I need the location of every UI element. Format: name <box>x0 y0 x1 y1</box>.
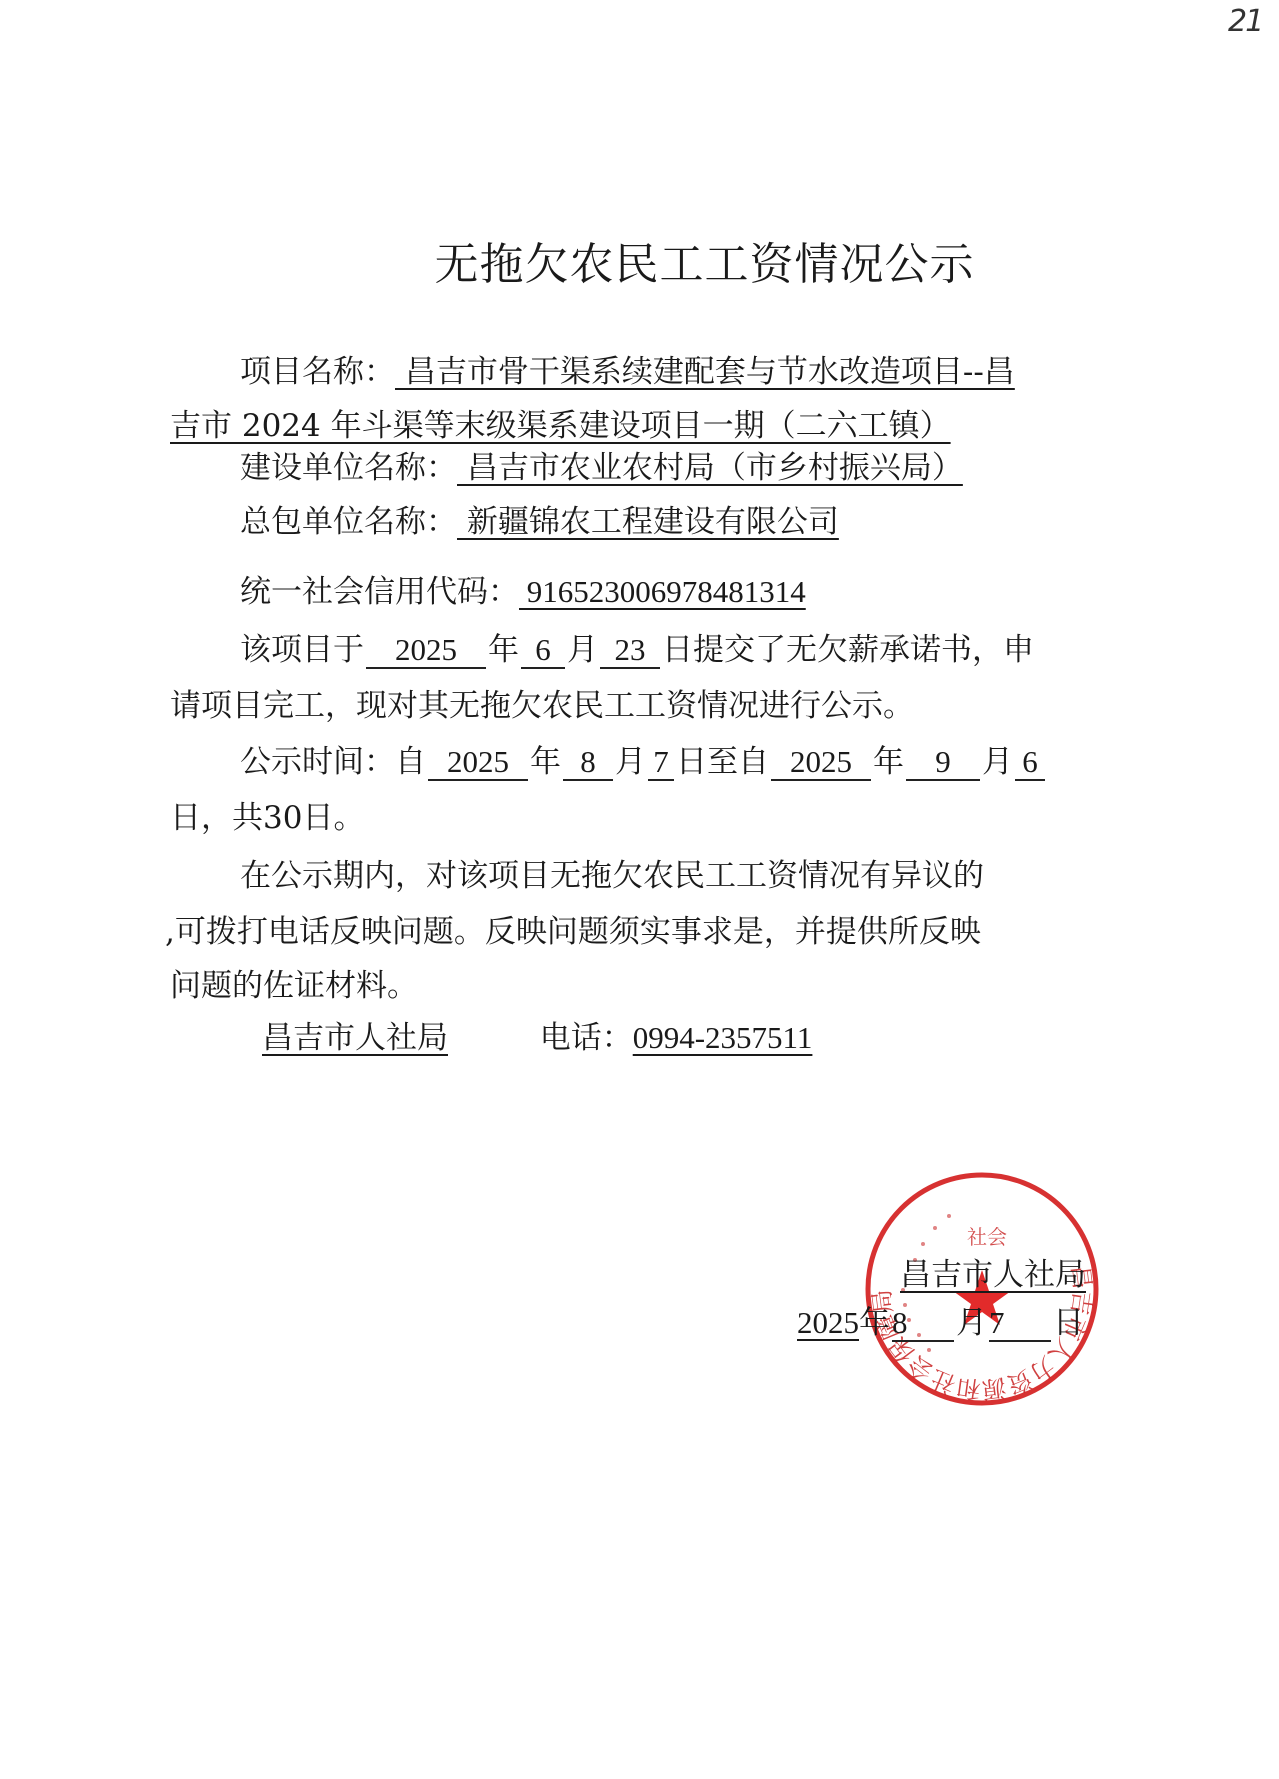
publicity-end-day: 6 <box>1015 745 1045 781</box>
credit-code-label: 统一社会信用代码： <box>240 574 519 610</box>
general-contractor-label: 总包单位名称： <box>240 504 457 540</box>
seal-inner-text: 社会 <box>967 1225 1007 1249</box>
project-name-value-line2: 吉市 2024 年斗渠等末级渠系建设项目一期（二六工镇） <box>170 408 951 444</box>
credit-code-value: 916523006978481314 <box>519 574 806 609</box>
page-number: 21 <box>1228 4 1262 39</box>
signature-year: 2025 <box>797 1305 859 1340</box>
publicity-start-month: 8 <box>563 745 613 781</box>
contact-agency: 昌吉市人社局 <box>262 1020 448 1056</box>
objection-notice-line1: 在公示期内，对该项目无拖欠农民工工资情况有异议的 <box>240 856 984 896</box>
construction-unit-row: 建设单位名称： 昌吉市农业农村局（市乡村振兴局） <box>240 448 963 488</box>
project-name-value-line1: 昌吉市骨干渠系续建配套与节水改造项目--昌 <box>395 354 1015 390</box>
signature-date-row: 2025年8月7日 <box>797 1303 1084 1343</box>
submission-year-unit: 年 <box>488 632 519 668</box>
submission-year: 2025 <box>366 633 486 669</box>
submission-line2: 请项目完工，现对其无拖欠农民工工资情况进行公示。 <box>170 688 914 724</box>
project-name-row: 项目名称： 昌吉市骨干渠系续建配套与节水改造项目--昌 <box>240 352 1015 392</box>
publicity-line2: 日，共30日。 <box>170 800 364 836</box>
signature-year-unit: 年 <box>859 1305 890 1341</box>
submission-month: 6 <box>521 633 565 669</box>
publicity-start-day: 7 <box>648 745 674 781</box>
submission-prefix: 该项目于 <box>240 632 364 668</box>
construction-unit-value: 昌吉市农业农村局（市乡村振兴局） <box>457 450 963 486</box>
submission-row: 该项目于2025年6月23日提交了无欠薪承诺书，申 <box>240 630 1034 670</box>
publicity-end-year-unit: 年 <box>873 744 904 780</box>
publicity-start-month-unit: 月 <box>615 744 646 780</box>
submission-month-unit: 月 <box>567 632 598 668</box>
signature-agency: 昌吉市人社局 <box>900 1257 1086 1293</box>
general-contractor-value: 新疆锦农工程建设有限公司 <box>457 504 839 540</box>
publicity-start-year-unit: 年 <box>530 744 561 780</box>
publicity-period-row-continued: 日，共30日。 <box>170 798 364 838</box>
submission-day: 23 <box>600 633 660 669</box>
credit-code-row: 统一社会信用代码： 916523006978481314 <box>240 572 806 612</box>
contact-row: 昌吉市人社局 电话：0994-2357511 <box>262 1018 812 1058</box>
submission-suffix: 日提交了无欠薪承诺书，申 <box>662 632 1034 668</box>
objection-notice-line2: ,可拨打电话反映问题。反映问题须实事求是，并提供所反映 <box>165 912 981 952</box>
signature-day: 7 <box>989 1306 1051 1342</box>
document-title: 无拖欠农民工工资情况公示 <box>0 228 1279 292</box>
signature-agency-row: 昌吉市人社局 <box>900 1255 1086 1295</box>
signature-month: 8 <box>892 1306 954 1342</box>
objection-notice-line3: 问题的佐证材料。 <box>170 966 418 1006</box>
contact-phone-label: 电话： <box>540 1020 633 1056</box>
publicity-label: 公示时间：自 <box>240 744 426 780</box>
publicity-middle: 日至自 <box>676 744 769 780</box>
signature-month-unit: 月 <box>956 1305 987 1341</box>
publicity-period-row: 公示时间：自2025年8月7日至自2025年9月6 <box>240 742 1047 782</box>
publicity-start-year: 2025 <box>428 745 528 781</box>
signature-day-unit: 日 <box>1053 1305 1084 1341</box>
publicity-end-month-unit: 月 <box>982 744 1013 780</box>
project-name-row-continued: 吉市 2024 年斗渠等末级渠系建设项目一期（二六工镇） <box>170 406 951 446</box>
publicity-end-year: 2025 <box>771 745 871 781</box>
publicity-end-month: 9 <box>906 745 980 781</box>
contact-phone: 0994-2357511 <box>633 1020 813 1055</box>
general-contractor-row: 总包单位名称： 新疆锦农工程建设有限公司 <box>240 502 839 542</box>
construction-unit-label: 建设单位名称： <box>240 450 457 486</box>
project-name-label: 项目名称： <box>240 354 395 390</box>
submission-row-continued: 请项目完工，现对其无拖欠农民工工资情况进行公示。 <box>170 686 914 726</box>
